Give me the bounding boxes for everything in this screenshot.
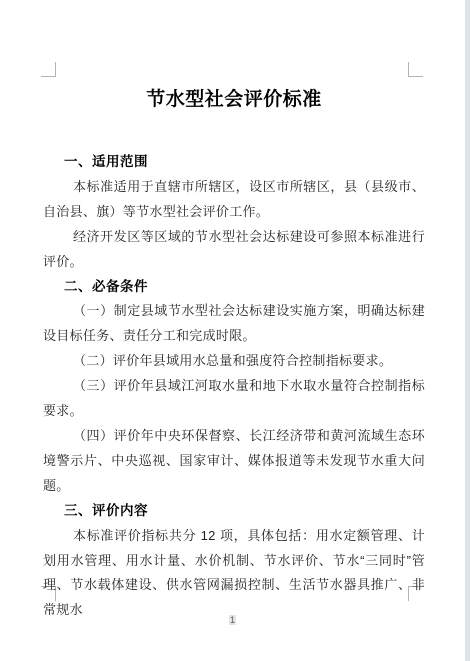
window-edge-strip bbox=[465, 0, 470, 661]
crop-mark-top-left-icon bbox=[41, 62, 56, 77]
crop-mark-top-right-icon bbox=[408, 62, 423, 77]
section-heading-evaluation-content: 三、评价内容 bbox=[43, 499, 425, 524]
section-heading-prerequisites: 二、必备条件 bbox=[43, 275, 425, 300]
page-number-value: 1 bbox=[229, 615, 236, 625]
section-heading-scope: 一、适用范围 bbox=[43, 150, 425, 175]
paragraph: 本标准评价指标共分 12 项，具体包括：用水定额管理、计划用水管理、用水计量、水… bbox=[43, 524, 425, 624]
paragraph: 经济开发区等区域的节水型社会达标建设可参照本标准进行评价。 bbox=[43, 225, 425, 275]
paragraph: （二）评价年县域用水总量和强度符合控制指标要求。 bbox=[43, 349, 425, 374]
paragraph: （一）制定县域节水型社会达标建设实施方案，明确达标建设目标任务、责任分工和完成时… bbox=[43, 299, 425, 349]
document-title: 节水型社会评价标准 bbox=[43, 84, 425, 111]
paragraph: 本标准适用于直辖市所辖区，设区市所辖区，县（县级市、自治县、旗）等节水型社会评价… bbox=[43, 175, 425, 225]
document-body: 一、适用范围 本标准适用于直辖市所辖区，设区市所辖区，县（县级市、自治县、旗）等… bbox=[43, 150, 425, 623]
paragraph: （三）评价年县域江河取水量和地下水取水量符合控制指标要求。 bbox=[43, 374, 425, 424]
document-page: 节水型社会评价标准 一、适用范围 本标准适用于直辖市所辖区，设区市所辖区，县（县… bbox=[0, 0, 470, 661]
page-number: 1 bbox=[0, 615, 465, 626]
paragraph: （四）评价年中央环保督察、长江经济带和黄河流域生态环境警示片、中央巡视、国家审计… bbox=[43, 424, 425, 499]
